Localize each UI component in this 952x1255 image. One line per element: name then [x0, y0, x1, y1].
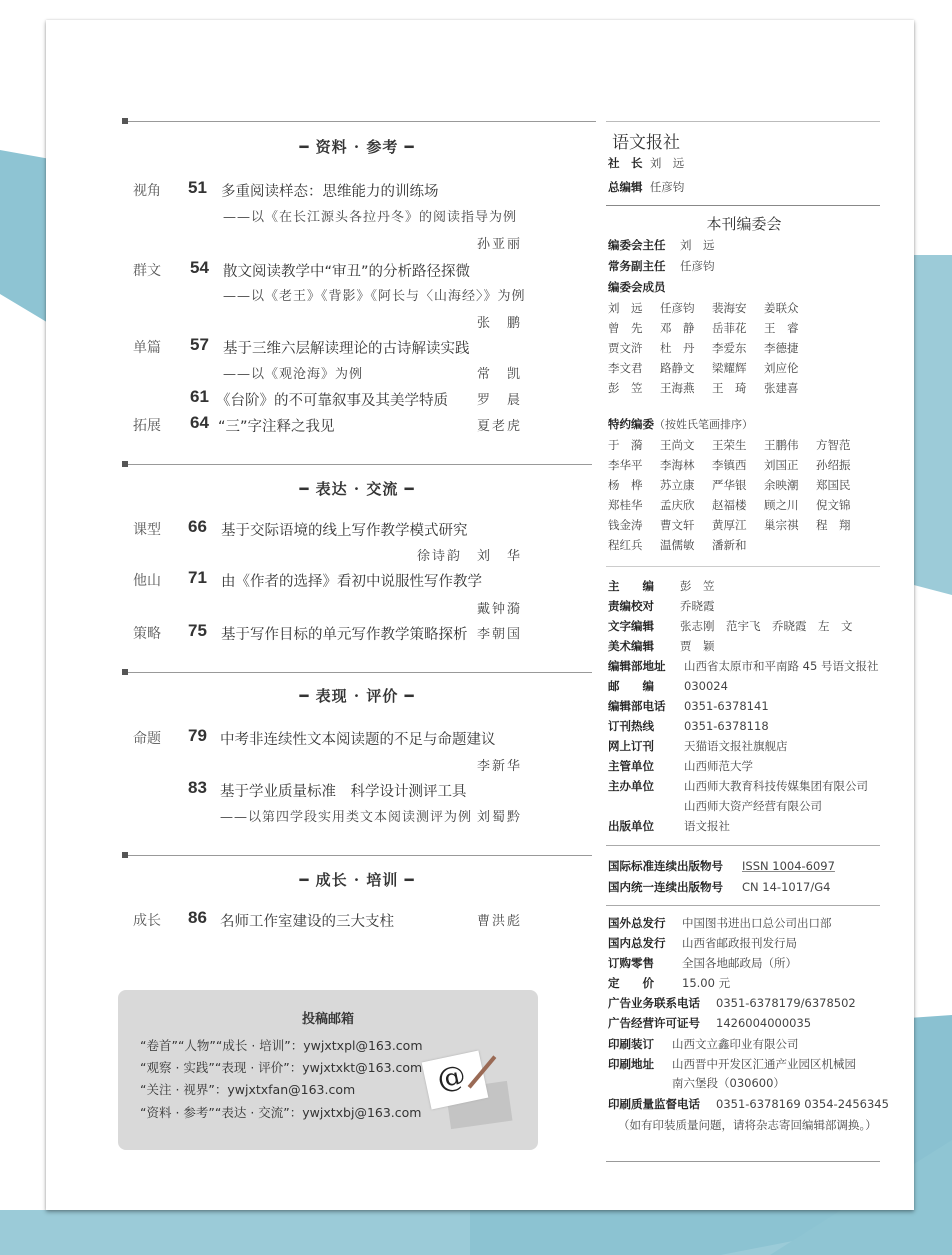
column-tag: 视角 — [133, 180, 161, 200]
issn-value: ISSN 1004-6097 — [742, 859, 835, 873]
name: 张建喜 — [764, 380, 816, 396]
name: 程 翔 — [816, 517, 868, 533]
section-title: ━ 表现 · 评价 ━ — [122, 685, 592, 706]
name: 孟庆欣 — [660, 497, 712, 513]
label: 国外总发行 — [608, 915, 682, 931]
section-divider — [122, 121, 596, 122]
name: 贾文浒 — [608, 340, 660, 356]
article-subtitle: ——以《在长江源头各拉丹冬》的阅读指导为例 — [223, 206, 517, 225]
section-divider — [122, 855, 592, 856]
magazine-page: ━ 资料 · 参考 ━ 视角 51 多重阅读样态：思维能力的训练场 ——以《在长… — [46, 20, 914, 1210]
name: 方智范 — [816, 437, 868, 453]
article-subtitle: ——以第四学段实用类文本阅读测评为例 — [220, 806, 472, 825]
name: 王海燕 — [660, 380, 712, 396]
label: 出版单位 — [608, 818, 684, 834]
label: 定 价 — [608, 975, 682, 991]
value: 南六堡段（030600） — [672, 1076, 785, 1090]
special-members-row: 杨 桦苏立康严华银余映潮郑国民 — [608, 477, 868, 493]
article-title[interactable]: 基于交际语境的线上写作教学模式研究 — [221, 519, 468, 540]
special-members-row: 李华平李海林李镇西刘国正孙绍振 — [608, 457, 868, 473]
name: 邓 静 — [660, 320, 712, 336]
section-title: ━ 成长 · 培训 ━ — [122, 869, 592, 890]
name: 王 睿 — [764, 320, 816, 336]
name: 李爱东 — [712, 340, 764, 356]
article-title[interactable]: 基于写作目标的单元写作教学策略探析 — [221, 623, 468, 644]
staff-row: 文字编辑张志刚 范宇飞 乔晓霞 左 文 — [608, 618, 853, 634]
article-subtitle: ——以《老王》《背影》《阿长与〈山海经〉》为例 — [223, 285, 526, 304]
column-tag: 单篇 — [133, 337, 161, 357]
distribution-row: 印刷地址山西晋中开发区汇通产业园区机械园 — [608, 1056, 856, 1072]
special-members-label: 特约编委（按姓氏笔画排序） — [608, 416, 753, 432]
page-number[interactable]: 66 — [188, 517, 207, 537]
label: 主管单位 — [608, 758, 684, 774]
section-title: ━ 资料 · 参考 ━ — [122, 136, 592, 157]
column-tag: 命题 — [133, 728, 161, 748]
staff-row: 邮 编030024 — [608, 678, 728, 694]
article-title[interactable]: 基于学业质量标准 科学设计测评工具 — [220, 780, 467, 801]
name: 李德捷 — [764, 340, 816, 356]
article-title[interactable]: 由《作者的选择》看初中说服性写作教学 — [221, 570, 482, 591]
column-tag: 成长 — [133, 910, 161, 930]
members-row: 贾文浒杜 丹李爱东李德捷 — [608, 340, 816, 356]
name: 路静文 — [660, 360, 712, 376]
section-title: ━ 表达 · 交流 ━ — [122, 478, 592, 499]
article-author: 张 鹏 — [477, 312, 522, 331]
label: 主办单位 — [608, 778, 684, 794]
name: 潘新和 — [712, 537, 764, 553]
staff-row: 网上订刊天猫语文报社旗舰店 — [608, 738, 788, 754]
column-tag: 群文 — [133, 260, 161, 280]
value: 刘 远 — [680, 238, 715, 252]
name: 黄厚江 — [712, 517, 764, 533]
article-author: 刘蜀黔 — [477, 806, 522, 825]
value: 天猫语文报社旗舰店 — [684, 739, 788, 753]
label: 国内统一连续出版物号 — [608, 879, 742, 895]
staff-row: 编辑部电话0351-6378141 — [608, 698, 769, 714]
value: 贾 颖 — [680, 639, 715, 653]
divider — [606, 566, 880, 567]
article-author: 李新华 — [477, 755, 522, 774]
page-number[interactable]: 75 — [188, 621, 207, 641]
divider — [606, 1161, 880, 1162]
value: 张志刚 范宇飞 乔晓霞 左 文 — [680, 619, 853, 633]
distribution-row: 定 价15.00 元 — [608, 975, 730, 991]
distribution-row: 印刷质量监督电话0351-6378169 0354-2456345 — [608, 1096, 889, 1112]
label: 主 编 — [608, 578, 680, 594]
mailbox-title: 投稿邮箱 — [118, 1008, 538, 1027]
article-title[interactable]: 中考非连续性文本阅读题的不足与命题建议 — [220, 728, 496, 749]
name: 于 漪 — [608, 437, 660, 453]
section-divider — [122, 464, 592, 465]
article-author: 罗 晨 — [477, 389, 522, 408]
distribution-row: 南六堡段（030600） — [608, 1075, 785, 1091]
article-title[interactable]: 名师工作室建设的三大支柱 — [220, 910, 394, 931]
label: 邮 编 — [608, 678, 684, 694]
distribution-row: 订购零售全国各地邮政局（所） — [608, 955, 797, 971]
page-number[interactable]: 61 — [190, 387, 209, 407]
name: 杜 丹 — [660, 340, 712, 356]
label: 国际标准连续出版物号 — [608, 858, 742, 874]
article-title[interactable]: 散文阅读教学中“审丑”的分析路径探微 — [223, 260, 470, 281]
value: 1426004000035 — [716, 1016, 811, 1030]
name: 杨 桦 — [608, 477, 660, 493]
value: 山西文立鑫印业有限公司 — [672, 1037, 799, 1051]
members-row: 刘 远任彦钧裴海安姜联众 — [608, 300, 816, 316]
distribution-row: 印刷装订山西文立鑫印业有限公司 — [608, 1036, 799, 1052]
name: 郑国民 — [816, 477, 868, 493]
cn-row: 国内统一连续出版物号CN 14-1017/G4 — [608, 879, 830, 895]
publisher-name: 语文报社 — [612, 128, 680, 153]
value: 乔晓霞 — [680, 599, 715, 613]
article-author: 夏老虎 — [477, 415, 522, 434]
label: 国内总发行 — [608, 935, 682, 951]
label: 广告业务联系电话 — [608, 995, 716, 1011]
label: 社 长 — [608, 155, 643, 171]
column-tag: 策略 — [133, 623, 161, 643]
quality-note: （如有印装质量问题，请将杂志寄回编辑部调换。） — [608, 1115, 880, 1135]
value: 山西省邮政报刊发行局 — [682, 936, 797, 950]
divider — [606, 845, 880, 846]
article-title[interactable]: 《台阶》的不可靠叙事及其美学特质 — [216, 389, 448, 410]
mailbox-line[interactable]: “关注 · 视界”：ywjxtxfan@163.com — [140, 1080, 355, 1098]
page-number[interactable]: 57 — [190, 335, 209, 355]
column-tag: 拓展 — [133, 415, 161, 435]
name: 倪文锦 — [816, 497, 868, 513]
special-members-row: 郑桂华孟庆欣赵福楼顾之川倪文锦 — [608, 497, 868, 513]
members-label: 编委会成员 — [608, 279, 666, 295]
name: 赵福楼 — [712, 497, 764, 513]
label: 编委会主任 — [608, 237, 680, 253]
name: 程红兵 — [608, 537, 660, 553]
name: 曾 先 — [608, 320, 660, 336]
page-number[interactable]: 71 — [188, 568, 207, 588]
name: 姜联众 — [764, 300, 816, 316]
name: 钱金涛 — [608, 517, 660, 533]
name: 孙绍振 — [816, 457, 868, 473]
distribution-row: 广告业务联系电话0351-6378179/6378502 — [608, 995, 856, 1011]
value: 语文报社 — [684, 819, 730, 833]
at-sign-icon: @ — [434, 1058, 468, 1096]
members-row: 李文君路静文梁耀辉刘应伦 — [608, 360, 816, 376]
value: 任彦钧 — [680, 259, 715, 273]
name: 李文君 — [608, 360, 660, 376]
name: 李华平 — [608, 457, 660, 473]
page-number[interactable]: 79 — [188, 726, 207, 746]
page-number[interactable]: 83 — [188, 778, 207, 798]
name: 梁耀辉 — [712, 360, 764, 376]
label: 订购零售 — [608, 955, 682, 971]
name: 巢宗祺 — [764, 517, 816, 533]
name: 岳菲花 — [712, 320, 764, 336]
value: 山西省太原市和平南路 45 号语文报社 — [684, 659, 878, 673]
divider — [606, 121, 880, 122]
name: 曹文轩 — [660, 517, 712, 533]
value: 030024 — [684, 679, 728, 693]
submission-mailbox-box: 投稿邮箱 “卷首”“人物”“成长 · 培训”：ywjxtxpl@163.com … — [118, 990, 538, 1150]
label: 文字编辑 — [608, 618, 680, 634]
article-title[interactable]: 基于三维六层解读理论的古诗解读实践 — [223, 337, 470, 358]
value: 0351-6378169 0354-2456345 — [716, 1097, 889, 1111]
label: 编委会成员 — [608, 279, 666, 295]
label: 总编辑 — [608, 179, 643, 195]
value: 任彦钧 — [650, 180, 685, 194]
staff-row: 主办单位山西师大教育科技传媒集团有限公司 — [608, 778, 868, 794]
article-author: 李朝国 — [477, 623, 522, 642]
name: 顾之川 — [764, 497, 816, 513]
mailbox-line[interactable]: “观察 · 实践”“表现 · 评价”：ywjxtxkt@163.com — [140, 1058, 422, 1076]
name: 李海林 — [660, 457, 712, 473]
label: 美术编辑 — [608, 638, 680, 654]
name: 王 琦 — [712, 380, 764, 396]
members-row: 彭 笠王海燕王 琦张建喜 — [608, 380, 816, 396]
deputy-director-row: 常务副主任任彦钧 — [608, 258, 715, 274]
staff-row: 山西师大资产经营有限公司 — [608, 798, 822, 814]
name: 王荣生 — [712, 437, 764, 453]
distribution-row: 国外总发行中国图书进出口总公司出口部 — [608, 915, 832, 931]
name: 刘 远 — [608, 300, 660, 316]
special-members-row: 程红兵温儒敏潘新和 — [608, 537, 764, 553]
members-row: 曾 先邓 静岳菲花王 睿 — [608, 320, 816, 336]
value: 0351-6378141 — [684, 699, 769, 713]
value: 刘 远 — [650, 156, 685, 170]
article-author: 戴钟漪 — [477, 598, 522, 617]
special-members-row: 钱金涛曹文轩黄厚江巢宗祺程 翔 — [608, 517, 868, 533]
section-divider — [122, 672, 592, 673]
value: 山西师大资产经营有限公司 — [684, 799, 822, 813]
name: 彭 笠 — [608, 380, 660, 396]
divider — [606, 905, 880, 906]
article-author: 常 凯 — [477, 363, 522, 382]
page-number[interactable]: 64 — [190, 413, 209, 433]
name: 严华银 — [712, 477, 764, 493]
label: 责编校对 — [608, 598, 680, 614]
article-author: 徐诗韵 刘 华 — [417, 545, 522, 564]
article-title[interactable]: “三”字注释之我见 — [218, 415, 335, 436]
label: 印刷质量监督电话 — [608, 1096, 716, 1112]
distribution-row: 广告经营许可证号1426004000035 — [608, 1015, 811, 1031]
name: 王尚文 — [660, 437, 712, 453]
name: 王鹏伟 — [764, 437, 816, 453]
label: 印刷地址 — [608, 1056, 672, 1072]
name: 刘应伦 — [764, 360, 816, 376]
issn-row: 国际标准连续出版物号ISSN 1004-6097 — [608, 858, 835, 874]
value: 0351-6378118 — [684, 719, 769, 733]
name: 苏立康 — [660, 477, 712, 493]
page-number[interactable]: 86 — [188, 908, 207, 928]
staff-row: 责编校对乔晓霞 — [608, 598, 715, 614]
distribution-row: 国内总发行山西省邮政报刊发行局 — [608, 935, 797, 951]
value: 山西晋中开发区汇通产业园区机械园 — [672, 1057, 856, 1071]
value: 山西师大教育科技传媒集团有限公司 — [684, 779, 868, 793]
staff-row: 编辑部地址山西省太原市和平南路 45 号语文报社 — [608, 658, 878, 674]
value: 全国各地邮政局（所） — [682, 956, 797, 970]
label: 常务副主任 — [608, 258, 680, 274]
name: 余映潮 — [764, 477, 816, 493]
cn-value: CN 14-1017/G4 — [742, 880, 830, 894]
label: 广告经营许可证号 — [608, 1015, 716, 1031]
president-row: 社 长 刘 远 — [608, 155, 684, 171]
column-tag: 课型 — [133, 519, 161, 539]
board-director-row: 编委会主任刘 远 — [608, 237, 715, 253]
staff-row: 订刊热线0351-6378118 — [608, 718, 769, 734]
board-title: 本刊编委会 — [606, 213, 882, 234]
divider — [606, 205, 880, 206]
value: 彭 笠 — [680, 579, 715, 593]
staff-row: 主 编彭 笠 — [608, 578, 715, 594]
value: 15.00 元 — [682, 976, 730, 990]
value: 0351-6378179/6378502 — [716, 996, 856, 1010]
article-author: 孙亚丽 — [477, 233, 522, 252]
label: 印刷装订 — [608, 1036, 672, 1052]
name: 裴海安 — [712, 300, 764, 316]
column-tag: 他山 — [133, 570, 161, 590]
name: 郑桂华 — [608, 497, 660, 513]
page-number[interactable]: 54 — [190, 258, 209, 278]
staff-row: 出版单位语文报社 — [608, 818, 730, 834]
label: 网上订刊 — [608, 738, 684, 754]
special-members-row: 于 漪王尚文王荣生王鹏伟方智范 — [608, 437, 868, 453]
name: 温儒敏 — [660, 537, 712, 553]
note: （按姓氏笔画排序） — [654, 418, 753, 431]
value: 中国图书进出口总公司出口部 — [682, 916, 832, 930]
mailbox-line[interactable]: “卷首”“人物”“成长 · 培训”：ywjxtxpl@163.com — [140, 1036, 423, 1054]
name: 刘国正 — [764, 457, 816, 473]
label: 特约编委 — [608, 416, 654, 432]
label: 编辑部电话 — [608, 698, 684, 714]
name: 李镇西 — [712, 457, 764, 473]
staff-row: 主管单位山西师范大学 — [608, 758, 753, 774]
name: 任彦钧 — [660, 300, 712, 316]
value: 山西师范大学 — [684, 759, 753, 773]
label: 编辑部地址 — [608, 658, 684, 674]
article-author: 曹洪彪 — [477, 910, 522, 929]
page-number[interactable]: 51 — [188, 178, 207, 198]
staff-row: 美术编辑贾 颖 — [608, 638, 715, 654]
article-subtitle: ——以《观沧海》为例 — [223, 363, 363, 382]
label: 订刊热线 — [608, 718, 684, 734]
mailbox-line[interactable]: “资料 · 参考”“表达 · 交流”：ywjxtxbj@163.com — [140, 1103, 421, 1121]
chief-editor-row: 总编辑 任彦钧 — [608, 179, 684, 195]
article-title[interactable]: 多重阅读样态：思维能力的训练场 — [221, 180, 439, 201]
